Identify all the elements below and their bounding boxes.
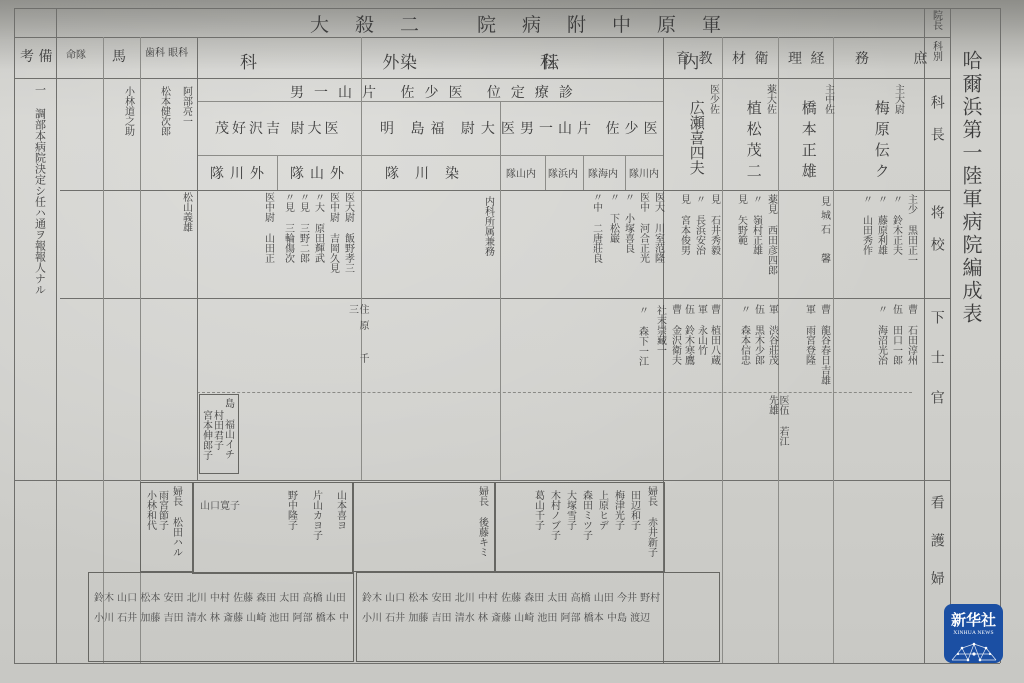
general-affairs-nco-2: 伍 田口一郎 — [890, 304, 901, 394]
sanitation-nco-2: 伍 黒木少郎 — [752, 304, 763, 394]
ward-internal-umi[interactable]: 隊海内 — [588, 165, 618, 180]
nurse-lower-row-4: 小川 石井 加藤 吉田 清水 林 斎藤 山崎 池田 阿部 橋本 中島 渡辺 — [362, 612, 714, 626]
internal-nco-1: 社末崇藏一 — [654, 305, 665, 385]
dental-chief: 松本健次郎 — [158, 86, 169, 186]
ward-row-top — [197, 155, 663, 156]
education-chief-rank: 医少佐 — [707, 84, 718, 124]
sanitation-officer-3: 見 矢野範 — [735, 194, 746, 294]
row-label-nco: 下士官 — [929, 310, 944, 470]
internal-officer-4: 〃 下松巌 — [607, 192, 618, 292]
nurse-block4-name-6: 木村ノブ子 — [548, 490, 559, 560]
sanitation-nco-3: 〃 森本信忠 — [738, 304, 749, 394]
nurse-block4-name-3: 上原ヒデ — [596, 490, 607, 560]
nurse-block2-name-1: 山本喜ヨ — [334, 490, 345, 570]
general-affairs-nco-3: 〃 海沼光治 — [875, 304, 886, 394]
row-label-nurse: 看護婦 — [929, 495, 944, 655]
internal-officer-1: 医大 川室范隆 — [652, 192, 663, 292]
accounting-chief-rank: 主中佐 — [822, 84, 833, 124]
section-line-2 — [60, 298, 950, 299]
nurse-block2-names-extra: 山口寛子 — [200, 500, 280, 514]
network-globe-icon — [944, 604, 1003, 663]
row-label-officer: 将校 — [929, 205, 944, 295]
remarks-note: 一 調部本病院決定シ任ハ通ヲ報報人ナル — [34, 84, 46, 344]
general-affairs-chief-name: 梅原伝ク — [873, 100, 889, 190]
xinhua-logo: 新华社 XINHUA NEWS — [944, 604, 1003, 663]
accounting-chief-name: 橋本正雄 — [800, 100, 816, 190]
general-affairs-officer-2: 〃 鈴木正夫 — [890, 194, 901, 294]
section-line-1 — [60, 190, 950, 191]
surgery-officer-3: 〃大 原田輝武 — [312, 192, 323, 292]
education-officer-2: 〃 長浜安治 — [693, 194, 704, 294]
general-affairs-officer-4: 〃 山田秀作 — [860, 194, 871, 294]
education-nco-3: 伍 鈴木寒鷹 — [682, 304, 693, 394]
surgery-officer-1: 医大尉 飯野孝三 — [342, 192, 353, 292]
dental-officer: 松山義雄 — [180, 192, 191, 292]
education-chief-name: 広瀬喜四夫 — [688, 100, 704, 190]
ward-infectious[interactable]: 隊川染 — [385, 163, 475, 183]
general-affairs-chief-rank: 主大尉 — [892, 84, 903, 124]
section-line-3 — [14, 480, 950, 481]
frame-right — [1000, 8, 1001, 663]
col-line — [361, 37, 362, 480]
education-officer-3: 見 宮本俊男 — [678, 194, 689, 294]
internal-officer-3: 〃 小塚喜良 — [622, 192, 633, 292]
ophth-chief: 阿部亮一 — [180, 86, 191, 186]
col-header-sanitation: 材 衛 — [732, 48, 770, 68]
col-header-dental-ophth: 歯科 眼科 — [145, 44, 195, 59]
boxed-name-2: 村田君子 — [211, 410, 222, 470]
accounting-nco-2: 軍 雨宮登隆 — [803, 304, 814, 394]
col-header-accounting: 理 経 — [788, 48, 826, 68]
boxed-name-3: 宮本伸郎子 — [200, 410, 211, 470]
nurse-box-3 — [352, 482, 496, 572]
col-line — [778, 37, 779, 663]
ward-divider — [277, 155, 278, 190]
ward-surgery-kawa[interactable]: 隊川外 — [210, 163, 270, 183]
nurse-box-2 — [192, 482, 354, 574]
col-line — [197, 37, 198, 480]
surgery-head: 茂好沢吉 尉大医 — [215, 118, 341, 138]
col-header-internal: 科 内 — [540, 48, 759, 73]
ward-divider — [625, 155, 626, 190]
general-affairs-nco-1: 曹 石田淳州 — [905, 304, 916, 394]
header-band-text: 大殺二 院病附中原軍 — [310, 10, 747, 37]
surgery-officer-5: 〃見 三輪傷次 — [282, 192, 293, 292]
education-nco-2: 軍 永山竹 — [695, 304, 706, 394]
ward-surgery-yama[interactable]: 隊山外 — [290, 163, 350, 183]
sanitation-nco-4: 医伍 若江先雄 — [766, 395, 787, 455]
col-line — [833, 37, 834, 663]
education-officer-1: 見 石井秀毅 — [708, 194, 719, 294]
nurse-block4-name-7: 葛山千子 — [532, 490, 543, 560]
nurse-lower-row-1: 鈴木 山口 松本 安田 北川 中村 佐藤 森田 太田 高橋 山田 今井 野村 — [94, 592, 348, 606]
nurse-block4-name-5: 大塚雪子 — [564, 490, 575, 560]
document-title: 哈爾浜第一陸軍病院編成表 — [960, 50, 981, 350]
col-header-director: 院長 科別 — [930, 10, 941, 76]
general-affairs-officer-1: 主少 黒田正一 — [905, 194, 916, 294]
col-line — [924, 8, 925, 663]
surgery-officer-4: 〃見 三野二郎 — [297, 192, 308, 292]
internal-head: 男一山片 佐少医 — [520, 118, 662, 138]
col-line — [103, 37, 104, 663]
internal-nco-2: 〃 森下一江 — [636, 305, 647, 385]
nurse-block3-head: 婦長 後藤キミ — [476, 486, 487, 566]
nurse-block1-name-2: 小林和代 — [144, 490, 155, 566]
sanitation-chief-name: 植松茂二 — [745, 100, 761, 190]
education-nco-1: 曹 植田八蔵 — [708, 304, 719, 394]
surgery-officer-6: 医中尉 山田正 — [262, 192, 273, 292]
ward-internal-yama[interactable]: 隊山内 — [506, 165, 536, 180]
col-line — [722, 37, 723, 663]
boxed-name-1: 島 福山イチ — [222, 398, 233, 468]
accounting-nco-1: 曹 龍谷春日吉雄 — [818, 304, 829, 394]
nurse-block1-head: 婦長 松田ハル — [170, 486, 181, 566]
nurse-block4-head: 婦長 赤井新子 — [645, 486, 656, 566]
col-header-remarks: 考 備 — [20, 46, 52, 66]
nurse-block2-name-3: 野中隆子 — [285, 490, 296, 570]
frame-bottom — [14, 663, 1000, 664]
infectious-officer-note: 内科所属兼務 — [482, 196, 493, 296]
accounting-officer: 見城石 馨 — [818, 196, 829, 296]
nurse-block1-name-1: 雨宮節子 — [156, 490, 167, 566]
nurse-block4-name-2: 梅津光子 — [612, 490, 623, 560]
col-line — [56, 8, 57, 663]
surgery-officer-2: 医中尉 吉岡久見 — [327, 192, 338, 292]
frame-top — [14, 8, 1000, 9]
sanitation-nco-1: 軍 渋谷莊茂 — [766, 304, 777, 394]
nurse-block2-name-2: 片山カヨ子 — [310, 490, 321, 570]
internal-officer-2: 医中 河合正光 — [637, 192, 648, 292]
col-line — [950, 8, 951, 663]
frame-left — [14, 8, 15, 663]
nurse-block4-name-1: 田辺和子 — [628, 490, 639, 560]
sanitation-chief-rank: 薬大佐 — [764, 84, 775, 124]
sanitation-officer-2: 〃 嶺村正雄 — [750, 194, 761, 294]
general-affairs-officer-3: 〃 藤原利雄 — [875, 194, 886, 294]
infectious-head: 明 島福 尉大医 — [380, 118, 521, 138]
surgery-chief-row: 男一山片 佐少医 位定療診 — [290, 82, 583, 102]
education-nco-4: 曹 金沢衛夫 — [669, 304, 680, 394]
horse-chief: 小林道之助 — [122, 86, 133, 186]
nurse-lower-row-3: 鈴木 山口 松本 安田 北川 中村 佐藤 森田 太田 高橋 山田 今井 野村 — [362, 592, 714, 606]
ward-internal-hama[interactable]: 隊浜内 — [548, 165, 578, 180]
col-header-extra: 命隊 — [66, 46, 86, 61]
col-line — [500, 101, 501, 480]
col-header-horse: 馬 — [112, 46, 126, 66]
nurse-lower-row-2: 小川 石井 加藤 吉田 清水 林 斎藤 山崎 池田 阿部 橋本 中島 渡辺 — [94, 612, 348, 626]
col-header-education: 育 教 — [676, 48, 714, 68]
surgery-nco-note: 住原 千三 — [346, 304, 367, 384]
ward-divider — [545, 155, 546, 190]
header-band-bottom — [14, 37, 950, 38]
row-label-chief: 科長 — [929, 95, 944, 185]
ward-divider — [583, 155, 584, 190]
header-row-bottom — [14, 78, 950, 79]
internal-officer-5: 〃中 二唐莊良 — [590, 192, 601, 292]
nurse-block4-name-4: 森田ミツ子 — [580, 490, 591, 560]
ward-internal-kawa[interactable]: 隊川内 — [629, 165, 659, 180]
sanitation-officer-1: 薬見 西田彦四郎 — [765, 194, 776, 294]
